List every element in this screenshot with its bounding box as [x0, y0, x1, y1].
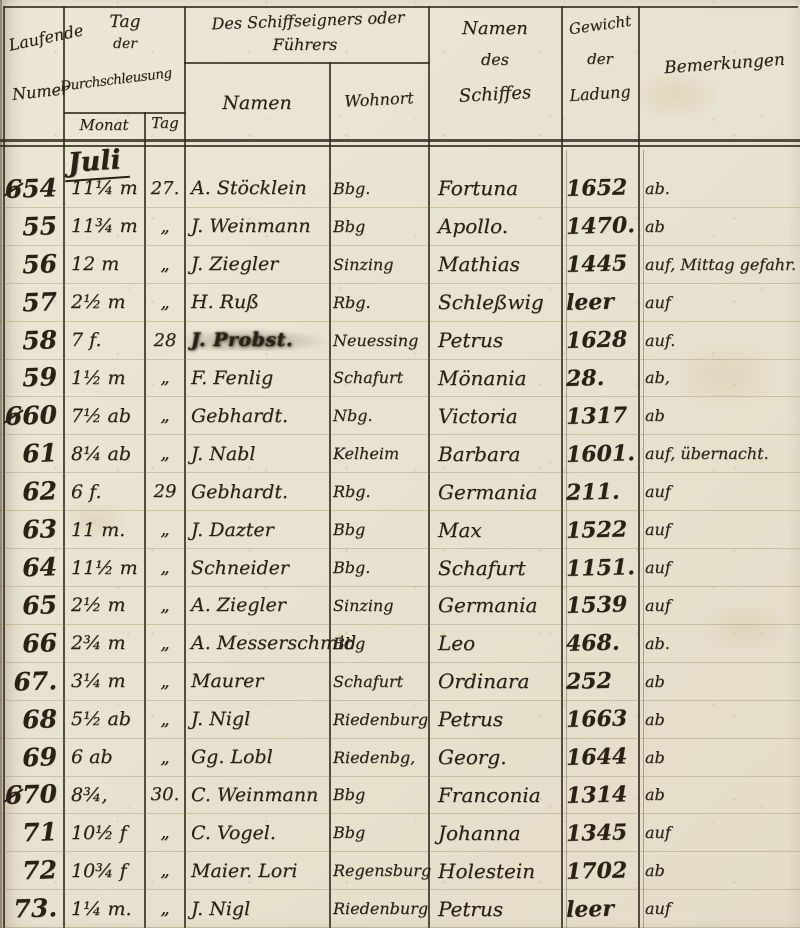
header-date-group-line3: Durchschleusung: [59, 65, 172, 95]
cell-remark: auf, Mittag gefahr.: [639, 255, 800, 274]
cell-ship-name: Petrus: [429, 707, 562, 731]
header-sub-owner-name: Namen: [186, 92, 328, 114]
cell-day: „: [145, 443, 185, 464]
cell-owner-name: Gebhardt.: [185, 481, 330, 503]
cell-remark: ab.: [639, 634, 800, 653]
cell-owner-home: Bbg: [330, 785, 429, 804]
cell-remark: auf, übernacht.: [639, 444, 800, 463]
table-row: 67. 3¼ m „ Maurer Schafurt Ordinara 252 …: [0, 663, 800, 701]
crossed-digit: 6: [4, 402, 22, 432]
cell-day: „: [145, 898, 185, 919]
cell-number: 67.: [0, 666, 64, 697]
cell-day: „: [145, 595, 185, 616]
cell-day: „: [145, 709, 185, 730]
cell-number: 62: [0, 476, 64, 507]
cell-day: 28: [145, 330, 185, 351]
cell-hour: 11½ m: [64, 557, 145, 579]
cell-owner-home: Bbg: [330, 520, 429, 539]
cell-cargo-weight: 468.: [562, 629, 640, 657]
cell-day: „: [145, 557, 185, 578]
header-date-group-line2: der: [64, 36, 186, 52]
cell-cargo-weight: 252: [562, 667, 640, 695]
cell-cargo-weight: 1628: [562, 326, 640, 354]
cell-cargo-weight: 28.: [562, 364, 640, 392]
cell-remark: ab: [639, 748, 800, 767]
table-row: 71 10½ f „ C. Vogel. Bbg Johanna 1345 au…: [0, 814, 800, 852]
cell-ship-name: Ordinara: [429, 669, 562, 693]
cell-number: 64: [0, 552, 64, 583]
cell-remark: ab: [639, 672, 800, 691]
cell-number: 73.: [0, 893, 64, 924]
cell-day: 27.: [145, 178, 185, 199]
table-row: 56 12 m „ J. Ziegler Sinzing Mathias 144…: [0, 246, 800, 284]
crossed-digit: 6: [4, 781, 22, 811]
cell-number: 71: [0, 817, 64, 848]
register-rows: 654 11¼ m 27. A. Stöcklein Bbg. Fortuna …: [0, 170, 800, 928]
cell-cargo-weight: 1151.: [562, 554, 640, 582]
cell-owner-home: Bbg.: [330, 179, 429, 198]
header-ship-line3: Schiffes: [430, 81, 561, 109]
header-weight-line3: Ladung: [561, 81, 638, 105]
cell-owner-home: Regensburg: [330, 861, 429, 880]
cell-remark: auf: [639, 482, 800, 501]
cell-owner-home: Kelheim: [330, 444, 429, 463]
cell-ship-name: Petrus: [429, 897, 562, 921]
cell-remark: auf: [639, 520, 800, 539]
cell-remark: ab: [639, 861, 800, 880]
cell-owner-name: Schneider: [185, 557, 330, 579]
cell-owner-name: J. Ziegler: [185, 253, 330, 275]
table-row: 64 11½ m „ Schneider Bbg. Schafurt 1151.…: [0, 549, 800, 587]
cell-remark: auf: [639, 823, 800, 842]
cell-owner-home: Nbg.: [330, 406, 429, 425]
header-ship-line1: Namen: [430, 18, 560, 39]
cell-ship-name: Georg.: [429, 745, 562, 769]
cell-hour: 2¾ m: [64, 632, 145, 654]
cell-hour: 7½ ab: [64, 405, 145, 427]
cell-remark: ab: [639, 406, 800, 425]
cell-remark: ab: [639, 785, 800, 804]
owner-group-divider: [184, 62, 430, 64]
header-sub-month: Monat: [66, 116, 142, 134]
cell-number: 61: [0, 438, 64, 469]
cell-ship-name: Max: [429, 518, 562, 542]
cell-day: „: [145, 519, 185, 540]
cell-cargo-weight: leer: [562, 288, 640, 316]
cell-owner-name: J. Dazter: [185, 519, 330, 541]
cell-number: 68: [0, 704, 64, 735]
cell-hour: 5½ ab: [64, 708, 145, 730]
cell-day: „: [145, 860, 185, 881]
header-date-group-line1: Tag: [64, 12, 186, 32]
table-row: 57 2½ m „ H. Ruß Rbg. Schleßwig leer auf: [0, 284, 800, 322]
cell-ship-name: Petrus: [429, 328, 562, 352]
crossed-digit: 6: [4, 174, 22, 204]
cell-number: 63: [0, 514, 64, 545]
cell-owner-home: Neuessing: [330, 331, 429, 350]
header-double-rule-1: [0, 139, 800, 142]
cell-owner-name: A. Messerschmid: [185, 632, 330, 654]
cell-ship-name: Holestein: [429, 859, 562, 883]
cell-owner-name: J. Weinmann: [185, 215, 330, 237]
cell-hour: 11 m.: [64, 519, 145, 541]
cell-owner-home: Riedenburg: [330, 710, 429, 729]
cell-cargo-weight: 1345: [562, 819, 640, 847]
cell-ship-name: Johanna: [429, 821, 562, 845]
cell-ship-name: Fortuna: [429, 176, 562, 200]
cell-owner-home: Schafurt: [330, 368, 429, 387]
header-owner-group-line1: Des Schiffseigners oder: [190, 7, 427, 34]
cell-owner-name: A. Stöcklein: [185, 177, 330, 199]
cell-ship-name: Germania: [429, 480, 562, 504]
cell-owner-home: Schafurt: [330, 672, 429, 691]
cell-remark: auf: [639, 558, 800, 577]
cell-day: „: [145, 747, 185, 768]
cell-hour: 10¾ f: [64, 860, 145, 882]
table-row: 62 6 f. 29 Gebhardt. Rbg. Germania 211. …: [0, 473, 800, 511]
cell-cargo-weight: 1601.: [562, 440, 640, 468]
cell-cargo-weight: 1470.: [562, 212, 640, 240]
cell-cargo-weight: 1539: [562, 591, 640, 619]
cell-owner-name: H. Ruß: [185, 291, 330, 313]
cell-owner-name: J. Probst.: [185, 329, 330, 351]
cell-hour: 11¼ m: [64, 177, 145, 199]
cell-ship-name: Victoria: [429, 404, 562, 428]
cell-number: 56: [0, 249, 64, 280]
table-row: 59 1½ m „ F. Fenlig Schafurt Mönania 28.…: [0, 360, 800, 398]
cell-hour: 2½ m: [64, 291, 145, 313]
cell-number: 57: [0, 287, 64, 318]
cell-owner-home: Bbg: [330, 217, 429, 236]
cell-owner-home: Riedenburg: [330, 899, 429, 918]
cell-owner-home: Rbg.: [330, 482, 429, 501]
table-row: 660 7½ ab „ Gebhardt. Nbg. Victoria 1317…: [0, 397, 800, 435]
header-ship-line2: des: [430, 50, 560, 69]
cell-day: „: [145, 367, 185, 388]
table-row: 69 6 ab „ Gg. Lobl Riedenbg, Georg. 1644…: [0, 739, 800, 777]
cell-day: „: [145, 254, 185, 275]
cell-hour: 6 f.: [64, 481, 145, 503]
cell-remark: auf: [639, 293, 800, 312]
table-row: 72 10¾ f „ Maier. Lori Regensburg Holest…: [0, 852, 800, 890]
cell-ship-name: Franconia: [429, 783, 562, 807]
cell-owner-home: Riedenbg,: [330, 748, 429, 767]
cell-day: „: [145, 216, 185, 237]
cell-owner-home: Bbg: [330, 634, 429, 653]
paper-stain: [630, 70, 720, 120]
cell-cargo-weight: 1663: [562, 705, 640, 733]
cell-day: 29: [145, 481, 185, 502]
cell-owner-name: Maier. Lori: [185, 860, 330, 882]
cell-owner-name: F. Fenlig: [185, 367, 330, 389]
cell-ship-name: Schleßwig: [429, 290, 562, 314]
cell-day: 30.: [145, 784, 185, 805]
cell-cargo-weight: leer: [562, 895, 640, 923]
cell-hour: 2½ m: [64, 594, 145, 616]
cell-hour: 10½ f: [64, 822, 145, 844]
cell-hour: 8¾,: [64, 784, 145, 806]
table-row: 68 5½ ab „ J. Nigl Riedenburg Petrus 166…: [0, 701, 800, 739]
cell-owner-name: J. Nigl: [185, 708, 330, 730]
cell-remark: auf: [639, 596, 800, 615]
header-weight-line1: Gewicht: [561, 11, 639, 39]
cell-owner-home: Bbg.: [330, 558, 429, 577]
cell-owner-home: Sinzing: [330, 596, 429, 615]
table-row: 66 2¾ m „ A. Messerschmid Bbg Leo 468. a…: [0, 625, 800, 663]
cell-day: „: [145, 292, 185, 313]
cell-day: „: [145, 822, 185, 843]
table-row: 63 11 m. „ J. Dazter Bbg Max 1522 auf: [0, 511, 800, 549]
cell-hour: 7 f.: [64, 329, 145, 351]
cell-owner-name: Maurer: [185, 670, 330, 692]
cell-remark: auf.: [639, 331, 800, 350]
table-row: 55 11¾ m „ J. Weinmann Bbg Apollo. 1470.…: [0, 208, 800, 246]
cell-number: 660: [0, 400, 64, 431]
cell-owner-name: Gg. Lobl: [185, 746, 330, 768]
header-owner-group-line2: Führers: [230, 35, 380, 54]
cell-cargo-weight: 1317: [562, 402, 640, 430]
cell-owner-name: Gebhardt.: [185, 405, 330, 427]
cell-hour: 1¼ m.: [64, 898, 145, 920]
header-sub-day: Tag: [146, 114, 184, 132]
cell-owner-name: J. Nigl: [185, 898, 330, 920]
header-remarks: Bemerkungen: [663, 50, 785, 78]
cell-owner-home: Bbg: [330, 823, 429, 842]
cell-ship-name: Schafurt: [429, 556, 562, 580]
cell-ship-name: Germania: [429, 593, 562, 617]
cell-owner-name: J. Nabl: [185, 443, 330, 465]
cell-remark: ab: [639, 217, 800, 236]
cell-hour: 3¼ m: [64, 670, 145, 692]
cell-owner-name: C. Weinmann: [185, 784, 330, 806]
cell-owner-name: C. Vogel.: [185, 822, 330, 844]
cell-hour: 12 m: [64, 253, 145, 275]
cell-remark: auf: [639, 899, 800, 918]
table-row: 670 8¾, 30. C. Weinmann Bbg Franconia 13…: [0, 777, 800, 815]
cell-day: „: [145, 671, 185, 692]
cell-cargo-weight: 1445: [562, 250, 640, 278]
cell-hour: 1½ m: [64, 367, 145, 389]
cell-day: „: [145, 405, 185, 426]
header-sub-owner-home: Wohnort: [332, 88, 427, 112]
cell-cargo-weight: 1652: [562, 174, 640, 202]
cell-remark: ab.: [639, 179, 800, 198]
cell-ship-name: Apollo.: [429, 214, 562, 238]
cell-cargo-weight: 1702: [562, 857, 640, 885]
cell-number: 58: [0, 324, 64, 355]
cell-number: 66: [0, 628, 64, 659]
table-row: 65 2½ m „ A. Ziegler Sinzing Germania 15…: [0, 587, 800, 625]
cell-remark: ab: [639, 710, 800, 729]
cell-ship-name: Barbara: [429, 442, 562, 466]
table-row: 61 8¼ ab „ J. Nabl Kelheim Barbara 1601.…: [0, 435, 800, 473]
cell-hour: 8¼ ab: [64, 443, 145, 465]
cell-owner-name: A. Ziegler: [185, 594, 330, 616]
cell-owner-home: Sinzing: [330, 255, 429, 274]
cell-remark: ab,: [639, 368, 800, 387]
cell-number: 65: [0, 590, 64, 621]
cell-owner-home: Rbg.: [330, 293, 429, 312]
cell-ship-name: Mathias: [429, 252, 562, 276]
ledger-page: Laufende Numer Tag der Durchschleusung M…: [0, 0, 800, 928]
cell-number: 72: [0, 855, 64, 886]
cell-ship-name: Mönania: [429, 366, 562, 390]
cell-number: 55: [0, 211, 64, 242]
cell-hour: 6 ab: [64, 746, 145, 768]
cell-cargo-weight: 211.: [562, 478, 640, 506]
table-row: 73. 1¼ m. „ J. Nigl Riedenburg Petrus le…: [0, 890, 800, 928]
header-weight-line2: der: [562, 50, 638, 68]
cell-day: „: [145, 633, 185, 654]
cell-cargo-weight: 1644: [562, 743, 640, 771]
cell-cargo-weight: 1314: [562, 781, 640, 809]
table-row: 58 7 f. 28 J. Probst. Neuessing Petrus 1…: [0, 322, 800, 360]
cell-ship-name: Leo: [429, 631, 562, 655]
cell-hour: 11¾ m: [64, 215, 145, 237]
cell-number: 654: [0, 173, 64, 204]
cell-cargo-weight: 1522: [562, 516, 640, 544]
table-row: 654 11¼ m 27. A. Stöcklein Bbg. Fortuna …: [0, 170, 800, 208]
cell-number: 670: [0, 779, 64, 810]
cell-number: 69: [0, 741, 64, 772]
cell-number: 59: [0, 362, 64, 393]
